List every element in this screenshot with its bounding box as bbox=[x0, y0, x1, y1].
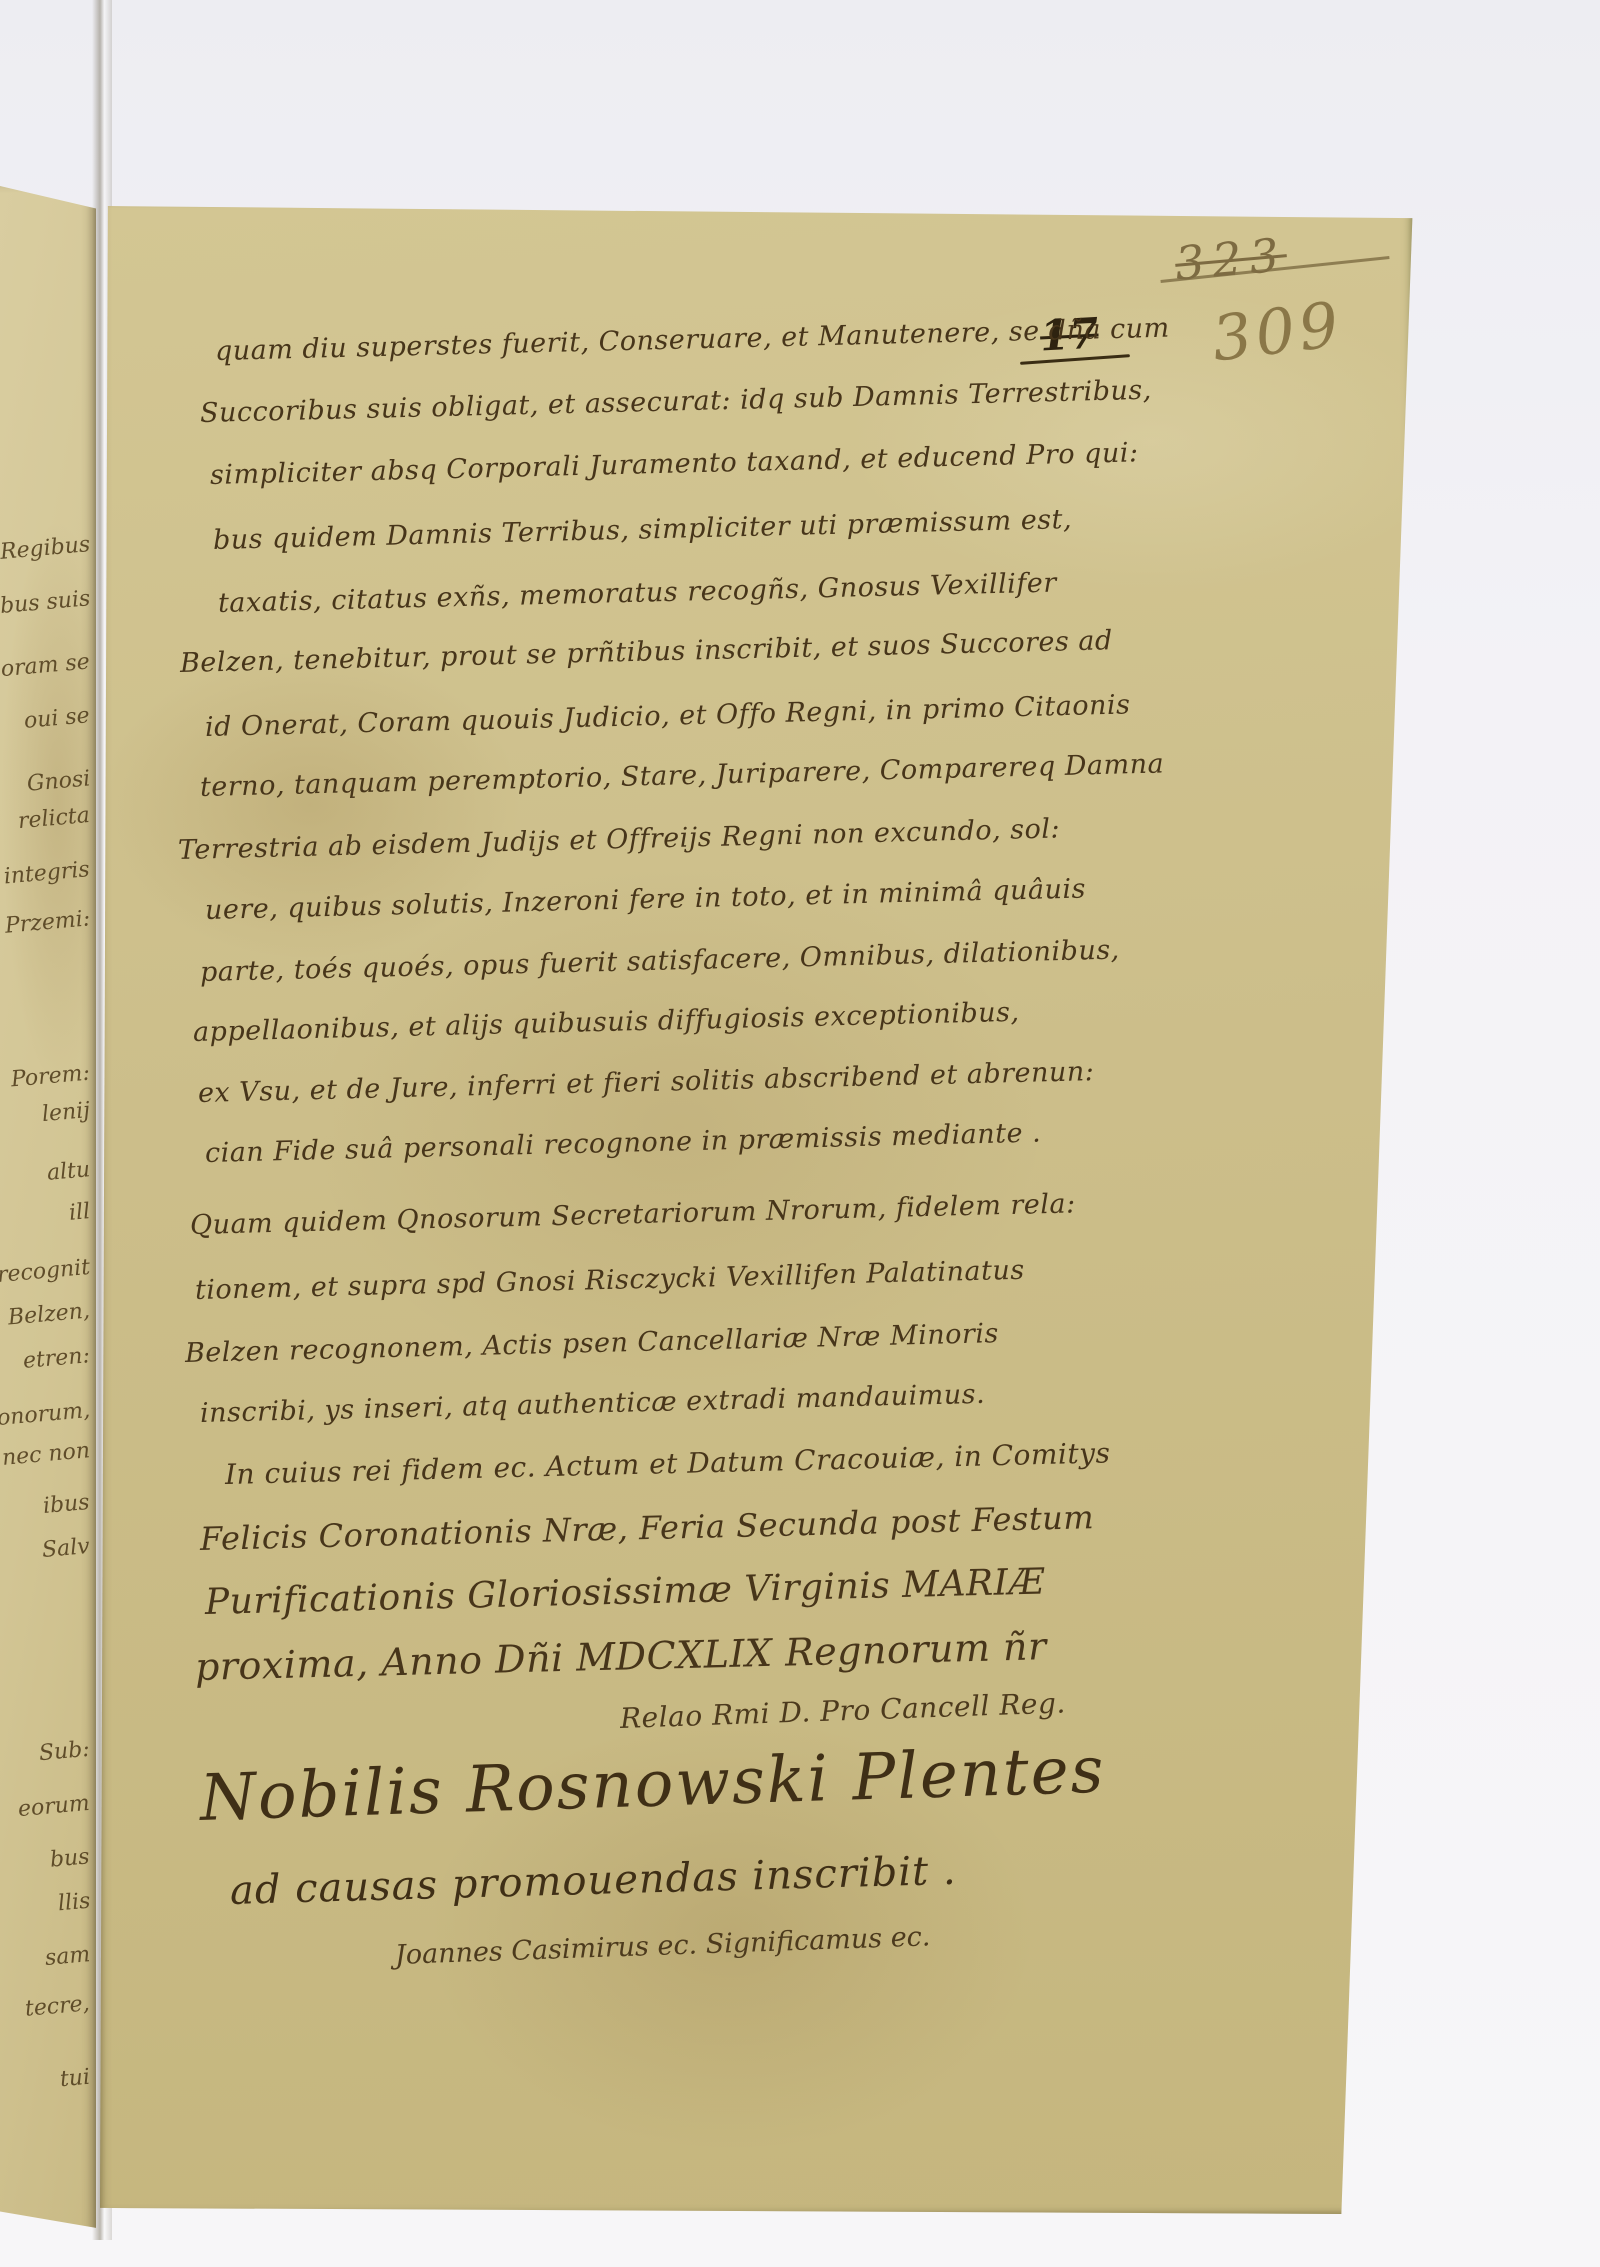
relatio-note: Relao Rmi D. Pro Cancell Reg. bbox=[619, 1686, 1066, 1735]
body-line: Felicis Coronationis Nræ, Feria Secunda … bbox=[200, 1498, 1095, 1558]
manuscript-photo: Regibus coribus suis Coram se oui se Gno… bbox=[0, 0, 1600, 2267]
body-line: parte, toés quoés, opus fuerit satisface… bbox=[200, 935, 1120, 988]
entry-heading-line2: ad causas promouendas inscribit . bbox=[229, 1848, 957, 1914]
body-line: simpliciter absq Corporali Juramento tax… bbox=[210, 437, 1139, 491]
body-line: Purificationis Gloriosissimæ Virginis MA… bbox=[204, 1561, 1045, 1623]
body-line: Terrestria ab eisdem Judijs et Offreijs … bbox=[178, 813, 1061, 866]
page-number: 309 bbox=[1208, 287, 1346, 375]
body-line: In cuius rei fidem ec. Actum et Datum Cr… bbox=[225, 1436, 1111, 1491]
body-line: terno, tanquam peremptorio, Stare, Jurip… bbox=[200, 748, 1165, 803]
entry-heading-line3: Joannes Casimirus ec. Significamus ec. bbox=[394, 1921, 930, 1971]
body-line: ex Vsu, et de Jure, inferri et fieri sol… bbox=[198, 1056, 1095, 1109]
ink-layer: 323 309 17 quam diu superstes fuerit, Co… bbox=[0, 0, 1600, 2267]
body-line: bus quidem Damnis Terribus, simpliciter … bbox=[213, 504, 1073, 556]
crossed-out-page-number: 323 bbox=[1173, 227, 1289, 291]
body-line: Belzen recognonem, Actis psen Cancellari… bbox=[185, 1318, 1000, 1369]
body-line: quam diu superstes fuerit, Conseruare, e… bbox=[215, 313, 1170, 367]
body-line: id Onerat, Coram quouis Judicio, et Offo… bbox=[205, 689, 1131, 743]
body-line: cian Fide suâ personali recognone in præ… bbox=[205, 1118, 1042, 1169]
body-line: tionem, et supra spd Gnosi Risczycki Vex… bbox=[195, 1255, 1025, 1306]
body-line: uere, quibus solutis, Inzeroni fere in t… bbox=[205, 873, 1087, 926]
entry-heading-line1: Nobilis Rosnowski Plentes bbox=[199, 1734, 1107, 1836]
body-line: Succoribus suis obligat, et assecurat: i… bbox=[200, 375, 1153, 429]
body-line: proxima, Anno Dñi MDCXLIX Regnorum ñr bbox=[194, 1624, 1047, 1689]
body-line: appellaonibus, et alijs quibusuis diffug… bbox=[193, 997, 1020, 1048]
body-line: Quam quidem Qnosorum Secretariorum Nroru… bbox=[190, 1188, 1076, 1241]
body-line: Belzen, tenebitur, prout se prñtibus ins… bbox=[180, 625, 1113, 679]
body-line: taxatis, citatus exñs, memoratus recogñs… bbox=[218, 568, 1057, 619]
body-line: inscribi, ys inseri, atq authenticæ extr… bbox=[200, 1379, 986, 1429]
